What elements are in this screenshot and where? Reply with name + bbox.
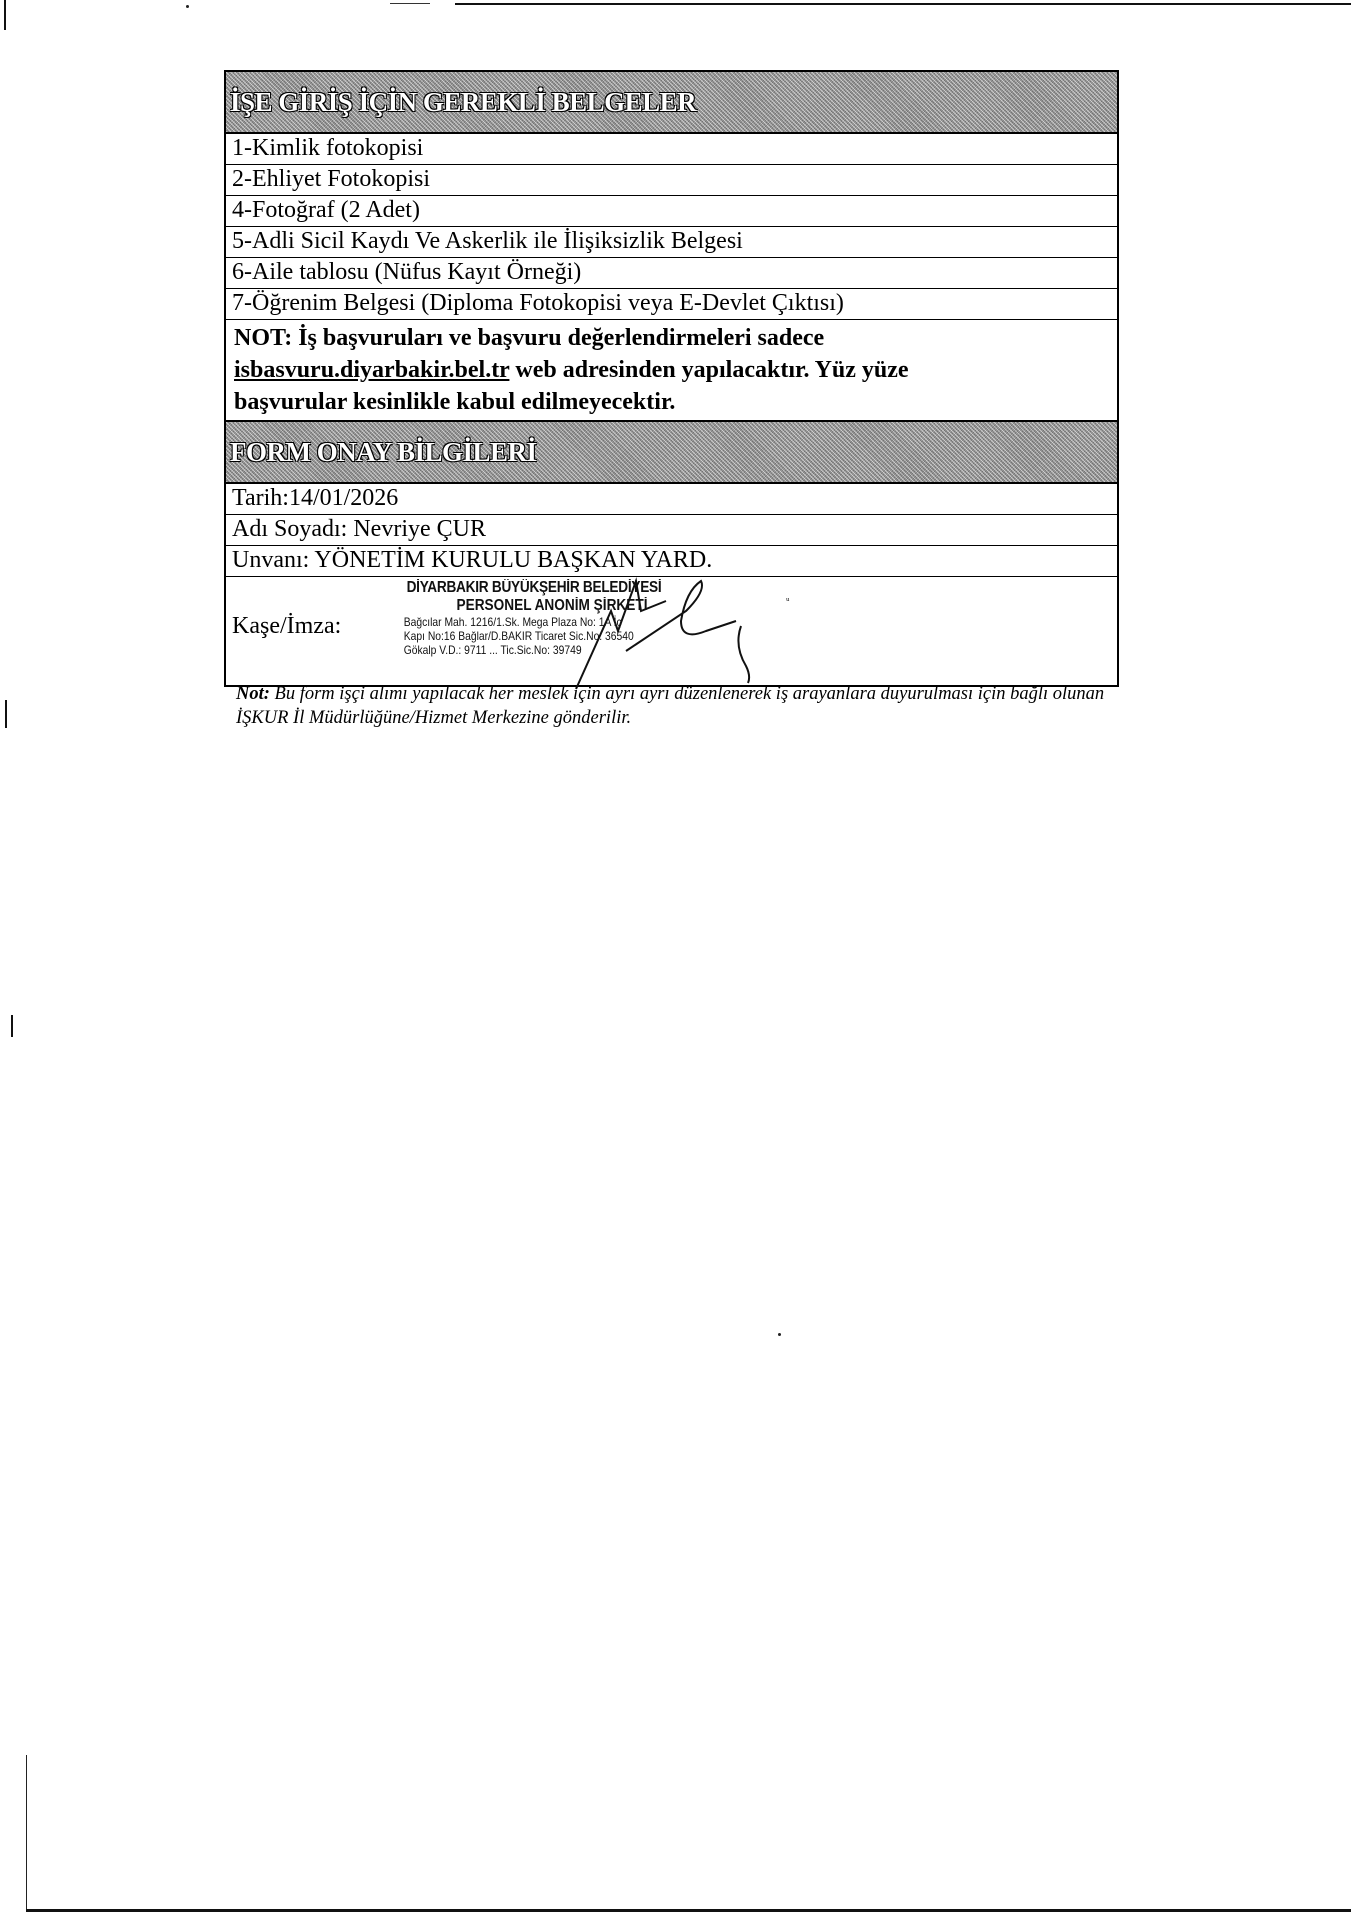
form-table: İŞE GİRİŞ İÇİN GEREKLİ BELGELER 1-Kimlik…	[224, 70, 1119, 687]
scan-artifact	[390, 3, 430, 4]
scan-artifact	[11, 1015, 13, 1037]
scan-artifact: ᵘ	[786, 595, 790, 607]
document-item: 1-Kimlik fotokopisi	[226, 134, 1117, 165]
document-item: 5-Adli Sicil Kaydı Ve Askerlik ile İlişi…	[226, 227, 1117, 258]
stamp-label: Kaşe/İmza:	[232, 613, 341, 640]
form-approval-header: FORM ONAY BİLGİLERİ	[226, 422, 1117, 484]
approval-date: Tarih:14/01/2026	[226, 484, 1117, 515]
scan-artifact	[455, 3, 1351, 5]
scan-artifact	[26, 1755, 27, 1910]
note-line-1: NOT: İş başvuruları ve başvuru değerlend…	[234, 322, 1109, 354]
scan-artifact	[5, 700, 7, 728]
stamp-signature-row: Kaşe/İmza: DİYARBAKIR BÜYÜKŞEHİR BELEDİY…	[226, 577, 1117, 685]
stamp-line: DİYARBAKIR BÜYÜKŞEHİR BELEDİYESİ	[402, 579, 666, 597]
scan-artifact	[4, 0, 6, 30]
form-footnote: Not: Bu form işçi alımı yapılacak her me…	[236, 682, 1136, 730]
stamp-line: Gökalp V.D.: 9711 ... Tic.Sic.No: 39749	[402, 643, 660, 657]
document-item: 7-Öğrenim Belgesi (Diploma Fotokopisi ve…	[226, 289, 1117, 320]
stamp-line: PERSONEL ANONİM ŞİRKETİ	[420, 597, 684, 615]
scan-artifact	[26, 1909, 1351, 1912]
scan-artifact	[778, 1333, 781, 1336]
approver-name: Adı Soyadı: Nevriye ÇUR	[226, 515, 1117, 546]
document-item: 2-Ehliyet Fotokopisi	[226, 165, 1117, 196]
stamp-line: Bağcılar Mah. 1216/1.Sk. Mega Plaza No: …	[402, 615, 660, 629]
document-item: 4-Fotoğraf (2 Adet)	[226, 196, 1117, 227]
approver-title: Unvanı: YÖNETİM KURULU BAŞKAN YARD.	[226, 546, 1117, 577]
company-stamp: DİYARBAKIR BÜYÜKŞEHİR BELEDİYESİ PERSONE…	[402, 579, 702, 657]
footnote-label: Not:	[236, 684, 270, 704]
scan-artifact	[186, 5, 189, 8]
note-line-2: isbasvuru.diyarbakir.bel.tr web adresind…	[234, 354, 1109, 386]
note-line-2-text: web adresinden yapılacaktır. Yüz yüze	[509, 357, 908, 383]
application-website-link[interactable]: isbasvuru.diyarbakir.bel.tr	[234, 357, 509, 383]
required-documents-header: İŞE GİRİŞ İÇİN GEREKLİ BELGELER	[226, 72, 1117, 134]
footnote-text: Bu form işçi alımı yapılacak her meslek …	[236, 684, 1104, 728]
stamp-line: Kapı No:16 Bağlar/D.BAKIR Ticaret Sic.No…	[402, 629, 660, 643]
note-line-3: başvurular kesinlikle kabul edilmeyecekt…	[234, 386, 1109, 418]
application-note: NOT: İş başvuruları ve başvuru değerlend…	[226, 320, 1117, 422]
section-title: İŞE GİRİŞ İÇİN GEREKLİ BELGELER	[230, 87, 696, 118]
document-item: 6-Aile tablosu (Nüfus Kayıt Örneği)	[226, 258, 1117, 289]
section-title: FORM ONAY BİLGİLERİ	[230, 437, 537, 468]
